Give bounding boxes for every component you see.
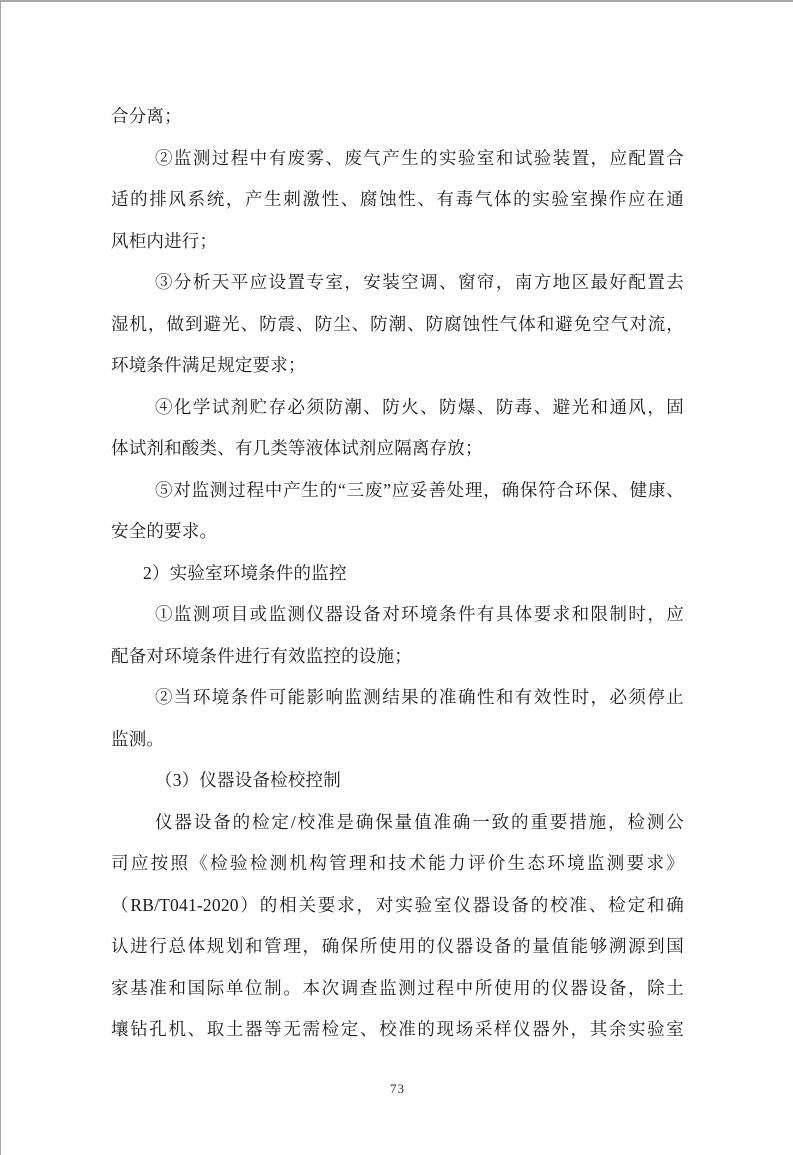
text-line: 适的排风系统，产生刺激性、腐蚀性、有毒气体的实验室操作应在通 <box>111 179 684 221</box>
text-line: 配备对环境条件进行有效监控的设施； <box>111 636 684 678</box>
page-footer: 73 <box>1 1080 793 1098</box>
text-line: 风柜内进行； <box>111 221 684 263</box>
text-line: 壤钻孔机、取土器等无需检定、校准的现场采样仪器外，其余实验室 <box>111 1009 684 1051</box>
text-line: ③分析天平应设置专室，安装空调、窗帘，南方地区最好配置去 <box>111 262 684 304</box>
text-line: ①监测项目或监测仪器设备对环境条件有具体要求和限制时，应 <box>111 594 684 636</box>
text-line: 监测。 <box>111 719 684 761</box>
text-line: 认进行总体规划和管理，确保所使用的仪器设备的量值能够溯源到国 <box>111 926 684 968</box>
text-line: 仪器设备的检定/校准是确保量值准确一致的重要措施，检测公 <box>111 802 684 844</box>
text-line: 体试剂和酸类、有几类等液体试剂应隔离存放； <box>111 428 684 470</box>
text-line: 合分离； <box>111 96 684 138</box>
text-line: 湿机，做到避光、防震、防尘、防潮、防腐蚀性气体和避免空气对流， <box>111 304 684 346</box>
text-line: 司应按照《检验检测机构管理和技术能力评价生态环境监测要求》 <box>111 843 684 885</box>
text-line: 安全的要求。 <box>111 511 684 553</box>
page-number: 73 <box>390 1081 405 1096</box>
document-body: 合分离；②监测过程中有废雾、废气产生的实验室和试验装置，应配置合适的排风系统，产… <box>111 96 684 1051</box>
text-line: ②当环境条件可能影响监测结果的准确性和有效性时，必须停止 <box>111 677 684 719</box>
text-line: ②监测过程中有废雾、废气产生的实验室和试验装置，应配置合 <box>111 138 684 180</box>
text-line: 家基准和国际单位制。本次调查监测过程中所使用的仪器设备，除土 <box>111 968 684 1010</box>
text-line: （RB/T041-2020）的相关要求，对实验室仪器设备的校准、检定和确 <box>111 885 684 927</box>
text-line: ④化学试剂贮存必须防潮、防火、防爆、防毒、避光和通风，固 <box>111 387 684 429</box>
text-line: 环境条件满足规定要求； <box>111 345 684 387</box>
document-page: 合分离；②监测过程中有废雾、废气产生的实验室和试验装置，应配置合适的排风系统，产… <box>0 0 793 1155</box>
text-line: （3）仪器设备检校控制 <box>111 760 684 802</box>
text-line: ⑤对监测过程中产生的“三废”应妥善处理，确保符合环保、健康、 <box>111 470 684 512</box>
text-line: 2）实验室环境条件的监控 <box>111 553 684 595</box>
